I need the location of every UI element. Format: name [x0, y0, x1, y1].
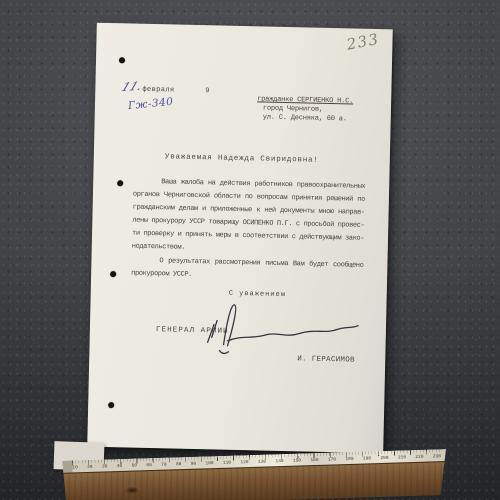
case-number-handwritten: Гж-340 — [128, 96, 174, 112]
punch-hole — [119, 57, 125, 63]
ruler-number: 200 — [380, 456, 388, 462]
ruler-number: 60 — [146, 463, 152, 469]
date-month-typed: февраля — [142, 86, 174, 95]
wooden-ruler: 1020304050607080901001101201301401501601… — [62, 449, 447, 500]
ruler-number: 220 — [415, 455, 423, 461]
signer-name: И. ГЕРАСИМОВ — [297, 355, 355, 364]
addressee-block: гражданке СЕРГИЕНКО Н.С. город Чернигов,… — [257, 95, 354, 124]
ruler-number: 70 — [161, 463, 167, 469]
photo-of-document: 233 11. февраля 9 Гж-340 гражданке СЕРГИ… — [0, 0, 500, 500]
ruler-number: 20 — [87, 465, 93, 471]
ruler-number: 10 — [72, 465, 78, 471]
ruler-number: 160 — [310, 458, 318, 464]
ruler-number: 30 — [102, 464, 108, 470]
ruler-number: 120 — [240, 460, 248, 466]
ruler-number: 90 — [191, 462, 197, 468]
ruler-number: 170 — [328, 457, 336, 463]
ruler-number: 130 — [258, 460, 266, 466]
ruler-number: 180 — [345, 457, 353, 463]
signature-ink — [197, 295, 366, 361]
ruler-number: 150 — [293, 458, 301, 464]
punch-hole — [110, 271, 116, 277]
ruler-number: 50 — [131, 463, 137, 469]
paragraph-2: О результатах рассмотрения письма Вам бу… — [131, 255, 364, 286]
addressee-street: ул. С. Десняка, 60 а. — [263, 113, 353, 124]
ruler-number: 210 — [398, 455, 406, 461]
ruler-number: 100 — [205, 461, 213, 467]
letter-sheet: 233 11. февраля 9 Гж-340 гражданке СЕРГИ… — [87, 23, 393, 454]
ruler-number: 110 — [223, 461, 231, 467]
punch-hole — [117, 180, 123, 186]
ruler-number: 80 — [176, 462, 182, 468]
ruler-number: 190 — [363, 456, 371, 462]
ruler-number: 230 — [433, 454, 441, 460]
ruler-number: 140 — [275, 459, 283, 465]
archival-page-number: 233 — [345, 30, 381, 54]
date-day-handwritten: 11. — [119, 79, 144, 94]
salutation: Уважаемая Надежда Свиридовна! — [94, 152, 390, 167]
punch-hole — [108, 402, 114, 408]
date-year-typed: 9 — [205, 87, 209, 95]
ruler-number: 40 — [117, 464, 123, 470]
paragraph-1: Ваша жалоба на действия работников право… — [132, 176, 366, 259]
